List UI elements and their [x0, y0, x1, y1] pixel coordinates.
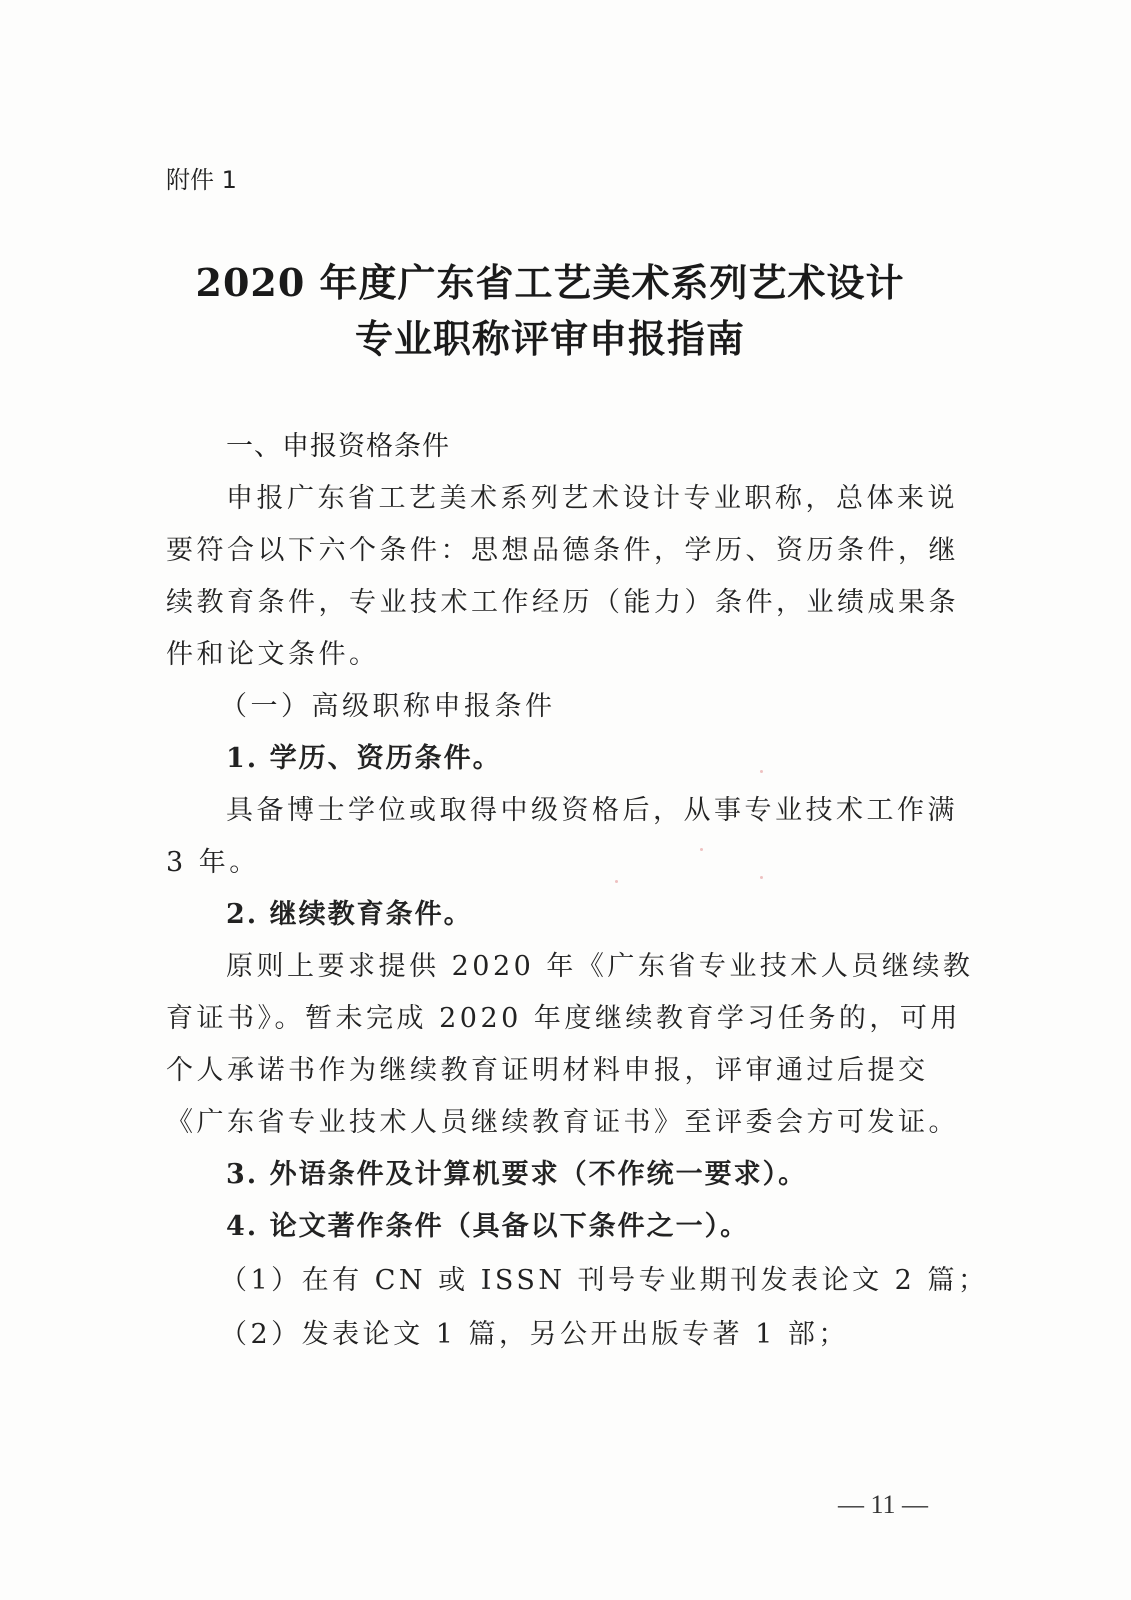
item-heading: 4. 论文著作条件（具备以下条件之一）。 [226, 1204, 749, 1243]
paragraph-line: 育证书》。暂未完成 2020 年度继续教育学习任务的，可用 [166, 996, 961, 1035]
paragraph-line: （1）在有 CN 或 ISSN 刊号专业期刊发表论文 2 篇； [220, 1258, 988, 1297]
scan-artifact [615, 880, 618, 883]
paragraph-line: 申报广东省工艺美术系列艺术设计专业职称，总体来说 [226, 476, 958, 515]
paragraph-line: 要符合以下六个条件：思想品德条件，学历、资历条件，继 [166, 528, 959, 567]
item-heading: 3. 外语条件及计算机要求（不作统一要求）。 [226, 1152, 807, 1191]
scan-artifact [760, 876, 763, 879]
document-title-line-1: 2020 年度广东省工艺美术系列艺术设计 [0, 252, 1100, 307]
paragraph-line: 原则上要求提供 2020 年《广东省专业技术人员继续教 [226, 944, 973, 983]
document-page: 附件 1 2020 年度广东省工艺美术系列艺术设计 专业职称评审申报指南 一、申… [0, 0, 1131, 1600]
scan-artifact [700, 848, 703, 851]
item-heading: 1. 学历、资历条件。 [226, 736, 502, 775]
subsection-heading: （一）高级职称申报条件 [220, 684, 556, 723]
document-title-line-2: 专业职称评审申报指南 [0, 308, 1100, 363]
paragraph-line: （2）发表论文 1 篇，另公开出版专著 1 部； [220, 1312, 849, 1351]
page-number: — 11 — [838, 1490, 928, 1520]
item-heading: 2. 继续教育条件。 [226, 892, 473, 931]
paragraph-line: 续教育条件，专业技术工作经历（能力）条件，业绩成果条 [166, 580, 959, 619]
section-heading: 一、申报资格条件 [226, 424, 450, 463]
paragraph-line: 具备博士学位或取得中级资格后，从事专业技术工作满 [226, 788, 958, 827]
paragraph-line: 个人承诺书作为继续教育证明材料申报，评审通过后提交 [166, 1048, 929, 1087]
scan-artifact [760, 770, 763, 773]
attachment-label: 附件 1 [166, 160, 237, 195]
paragraph-line: 件和论文条件。 [166, 632, 380, 671]
paragraph-line: 《广东省专业技术人员继续教育证书》至评委会方可发证。 [166, 1100, 959, 1139]
paragraph-line: 3 年。 [166, 840, 260, 879]
